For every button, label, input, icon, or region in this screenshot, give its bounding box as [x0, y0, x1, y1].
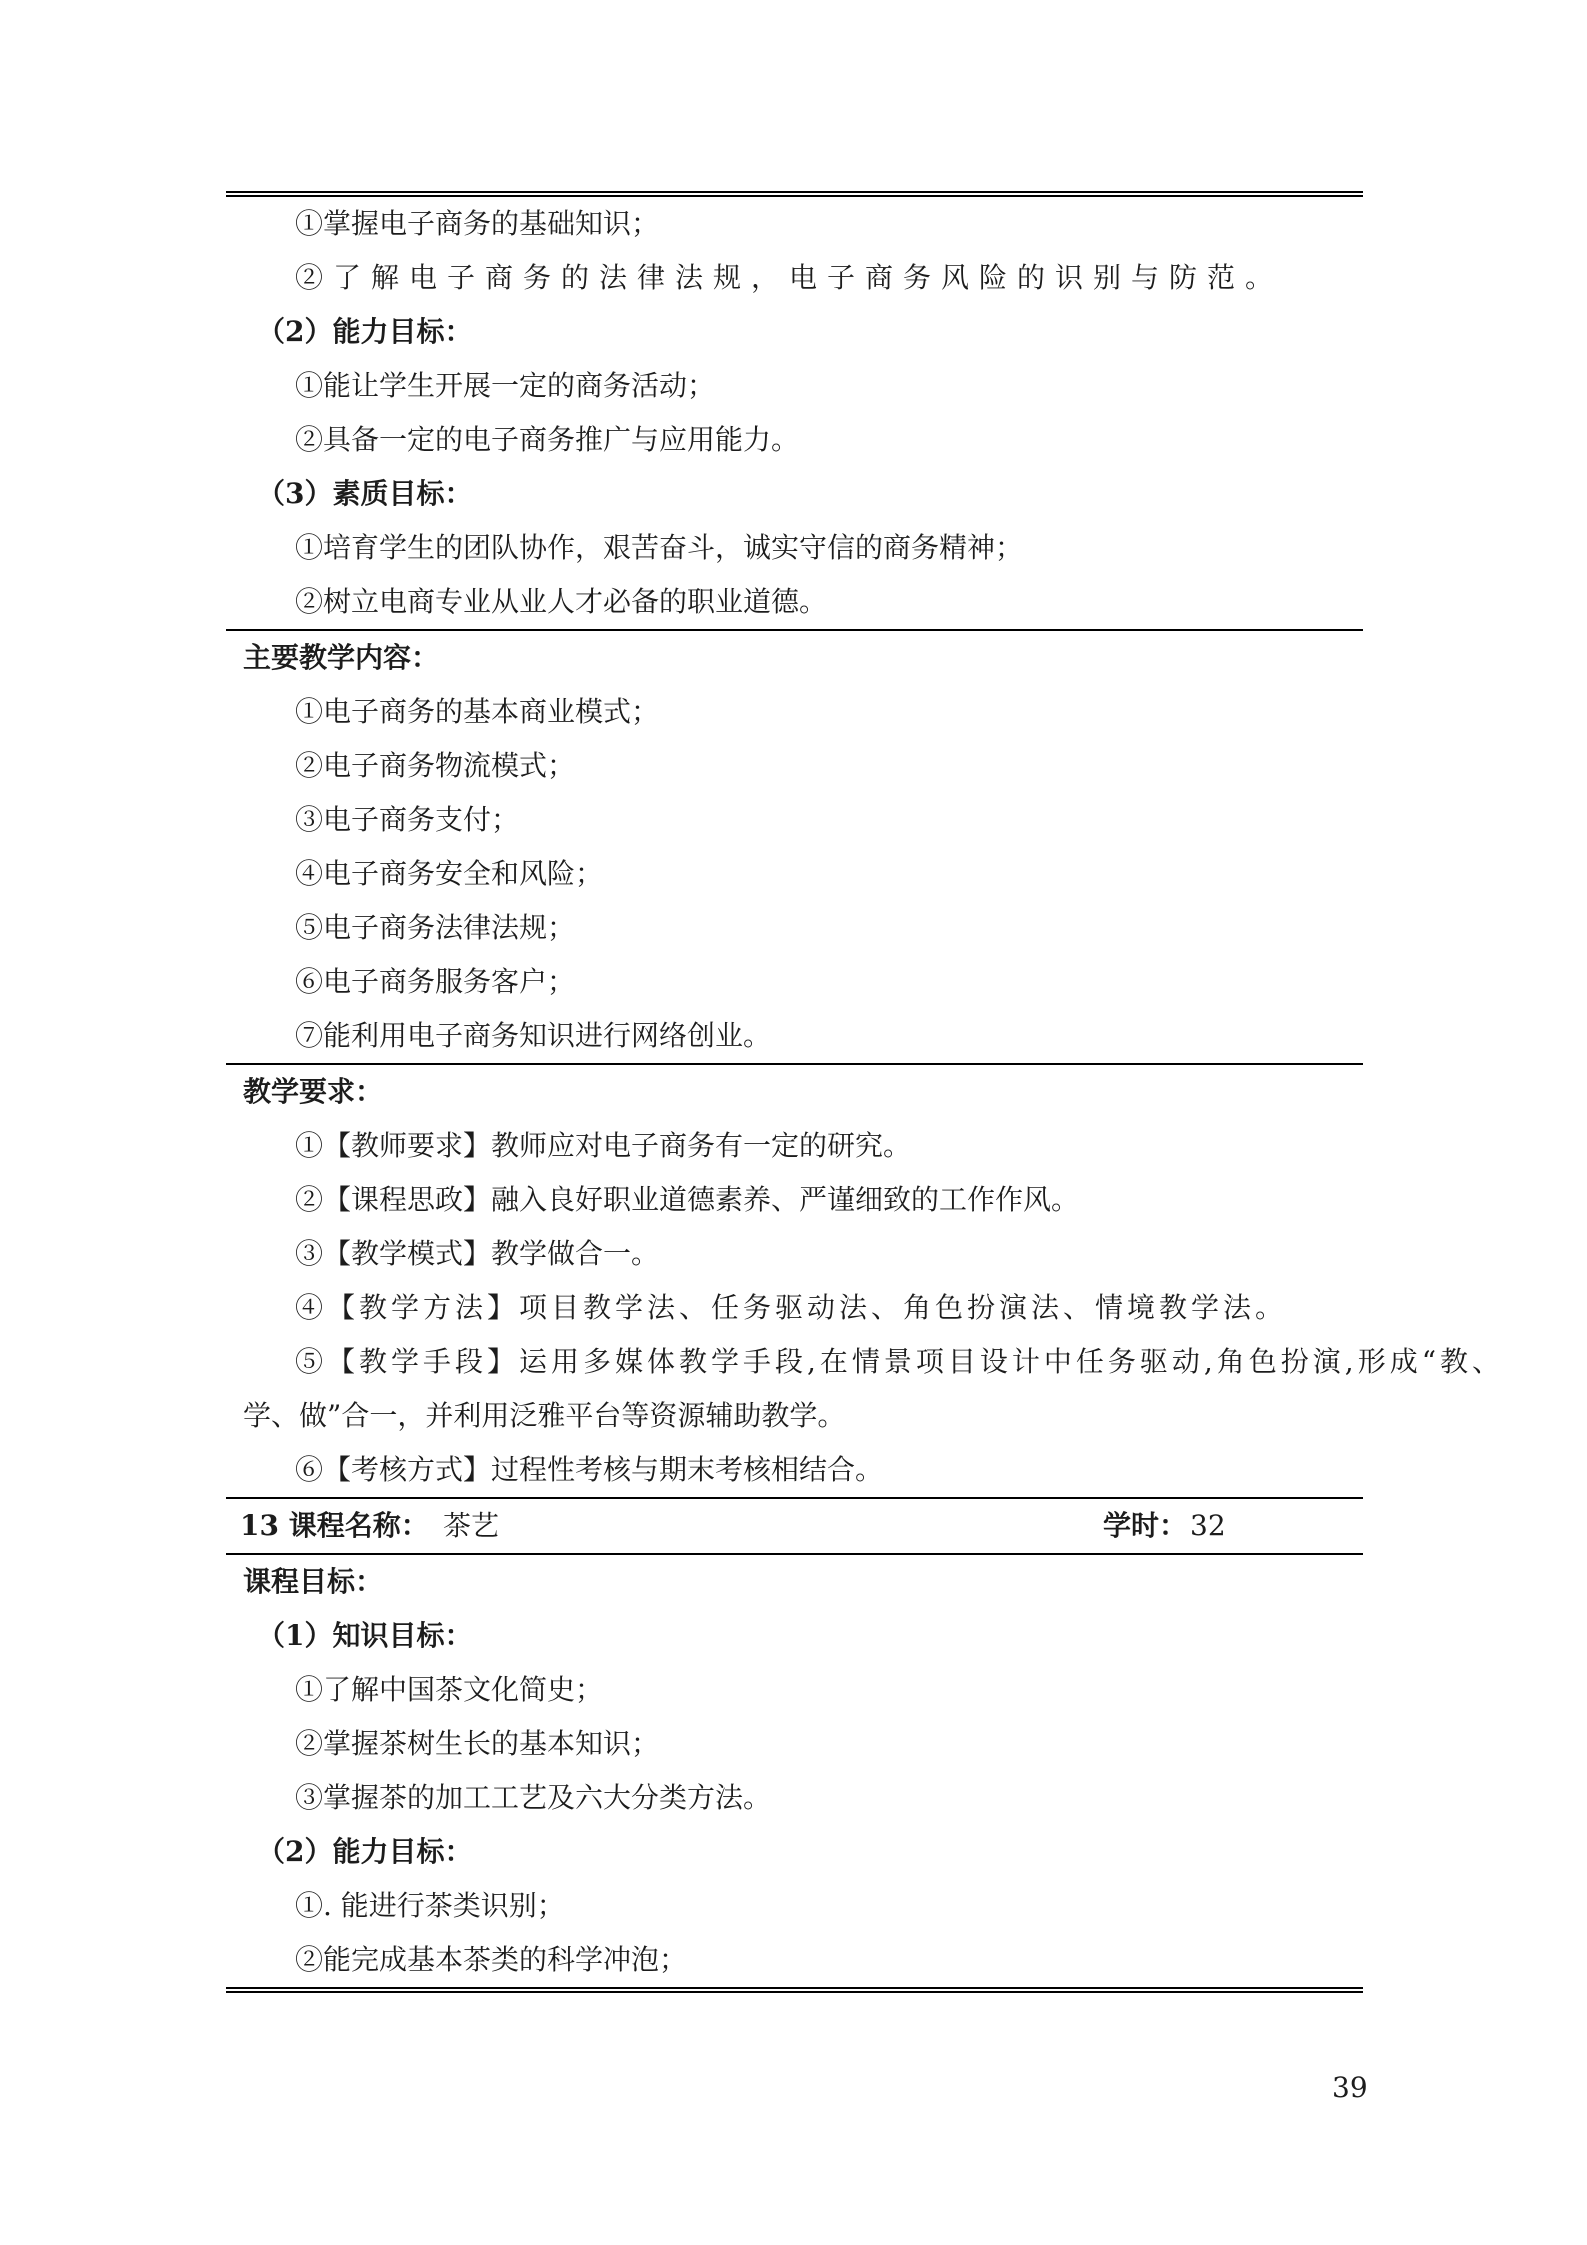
- paragraph: ①掌握电子商务的基础知识；: [226, 197, 1363, 251]
- paragraph: 教学要求：: [226, 1065, 1363, 1119]
- course-hours-label: 学时：: [1103, 1499, 1187, 1553]
- paragraph: ①【教师要求】教师应对电子商务有一定的研究。: [226, 1119, 1363, 1173]
- paragraph: 主要教学内容：: [226, 631, 1363, 685]
- paragraph: ②电子商务物流模式；: [226, 739, 1363, 793]
- table-bottom-border: [226, 1987, 1363, 1993]
- paragraph: （3）素质目标：: [226, 467, 1363, 521]
- paragraph: ⑦能利用电子商务知识进行网络创业。: [226, 1009, 1363, 1063]
- row-main-teaching-content: 主要教学内容：①电子商务的基本商业模式；②电子商务物流模式；③电子商务支付；④电…: [226, 631, 1363, 1063]
- paragraph: ⑥电子商务服务客户；: [226, 955, 1363, 1009]
- paragraph: ①. 能进行茶类识别；: [226, 1879, 1363, 1933]
- paragraph: ②树立电商专业从业人才必备的职业道德。: [226, 575, 1363, 629]
- table-rows: ①掌握电子商务的基础知识；②了解电子商务的法律法规，电子商务风险的识别与防范。（…: [226, 197, 1363, 1987]
- paragraph: 课程目标：: [226, 1555, 1363, 1609]
- page-number: 39: [1332, 2068, 1368, 2108]
- document-page: ①掌握电子商务的基础知识；②了解电子商务的法律法规，电子商务风险的识别与防范。（…: [0, 0, 1587, 2245]
- paragraph: ①电子商务的基本商业模式；: [226, 685, 1363, 739]
- row-objectives-continued: ①掌握电子商务的基础知识；②了解电子商务的法律法规，电子商务风险的识别与防范。（…: [226, 197, 1363, 629]
- paragraph: ③电子商务支付；: [226, 793, 1363, 847]
- paragraph: ①能让学生开展一定的商务活动；: [226, 359, 1363, 413]
- course-hours-value: 32: [1190, 1499, 1226, 1553]
- paragraph: （1）知识目标：: [226, 1609, 1363, 1663]
- paragraph: ⑥【考核方式】过程性考核与期末考核相结合。: [226, 1443, 1363, 1497]
- paragraph: （2）能力目标：: [226, 1825, 1363, 1879]
- paragraph: ④电子商务安全和风险；: [226, 847, 1363, 901]
- paragraph: ④【教学方法】项目教学法、任务驱动法、角色扮演法、情境教学法。: [226, 1281, 1363, 1335]
- paragraph: ③掌握茶的加工工艺及六大分类方法。: [226, 1771, 1363, 1825]
- row-teaching-requirements: 教学要求：①【教师要求】教师应对电子商务有一定的研究。②【课程思政】融入良好职业…: [226, 1065, 1363, 1497]
- course-number-label: 13 课程名称：: [240, 1499, 429, 1553]
- paragraph: ②掌握茶树生长的基本知识；: [226, 1717, 1363, 1771]
- paragraph: 学、做”合一，并利用泛雅平台等资源辅助教学。: [226, 1389, 1363, 1443]
- paragraph: （2）能力目标：: [226, 305, 1363, 359]
- paragraph: ②【课程思政】融入良好职业道德素养、严谨细致的工作作风。: [226, 1173, 1363, 1227]
- paragraph: ⑤电子商务法律法规；: [226, 901, 1363, 955]
- row-course-13-header: 13 课程名称：茶艺学时：32: [226, 1499, 1363, 1553]
- course-name: 茶艺: [443, 1499, 499, 1553]
- course-syllabus-table: ①掌握电子商务的基础知识；②了解电子商务的法律法规，电子商务风险的识别与防范。（…: [226, 191, 1363, 1993]
- row-course-13-objectives: 课程目标：（1）知识目标：①了解中国茶文化简史；②掌握茶树生长的基本知识；③掌握…: [226, 1555, 1363, 1987]
- paragraph: ③【教学模式】教学做合一。: [226, 1227, 1363, 1281]
- paragraph: ②能完成基本茶类的科学冲泡；: [226, 1933, 1363, 1987]
- paragraph: ②了解电子商务的法律法规，电子商务风险的识别与防范。: [226, 251, 1363, 305]
- paragraph: ①了解中国茶文化简史；: [226, 1663, 1363, 1717]
- paragraph: ②具备一定的电子商务推广与应用能力。: [226, 413, 1363, 467]
- paragraph: ①培育学生的团队协作，艰苦奋斗，诚实守信的商务精神；: [226, 521, 1363, 575]
- paragraph: ⑤【教学手段】运用多媒体教学手段,在情景项目设计中任务驱动,角色扮演,形成“教、: [226, 1335, 1363, 1389]
